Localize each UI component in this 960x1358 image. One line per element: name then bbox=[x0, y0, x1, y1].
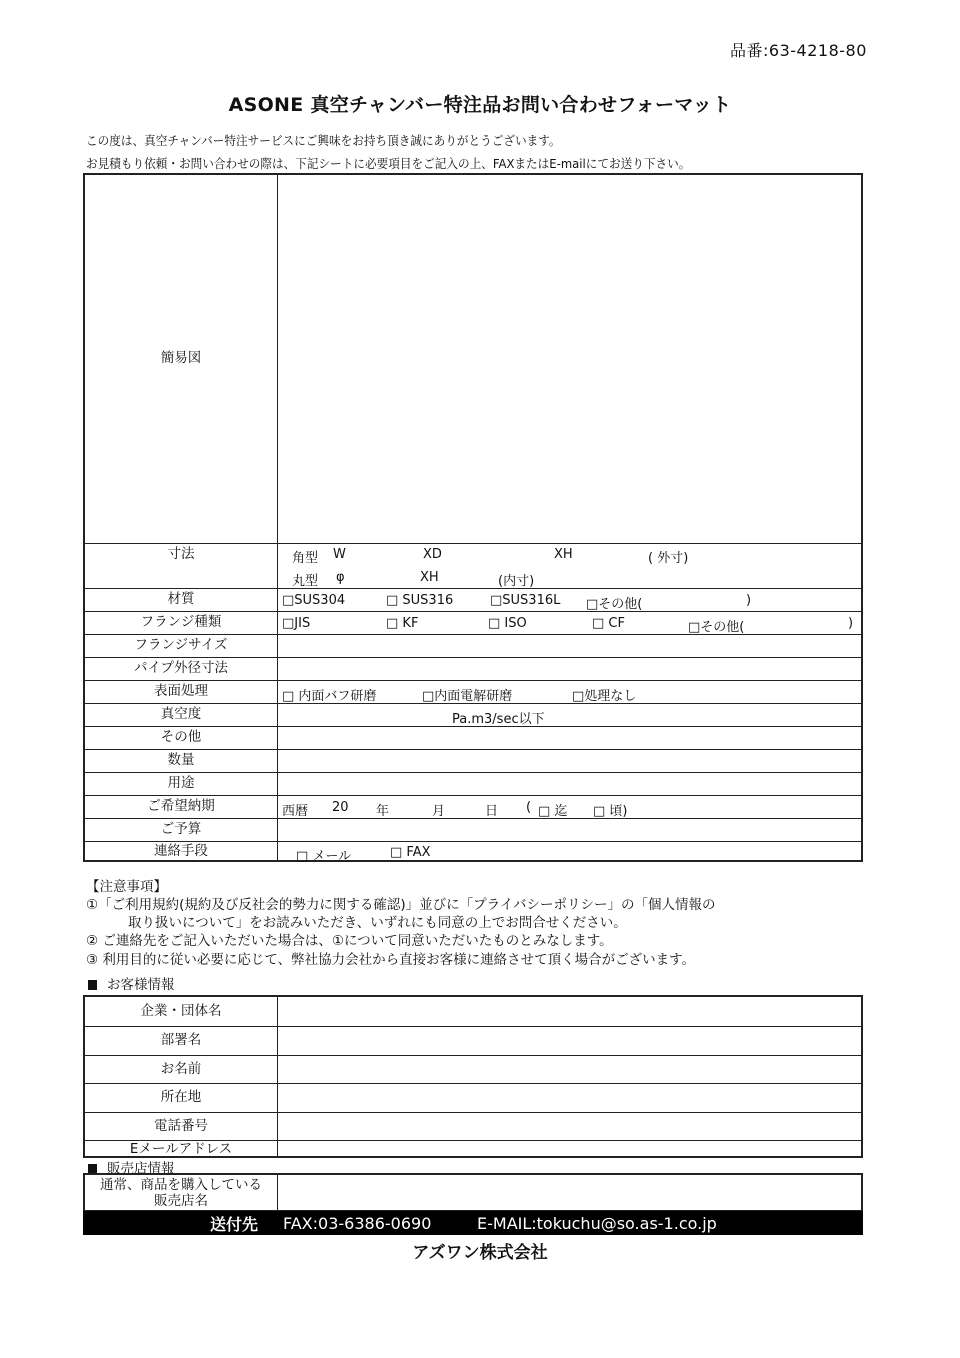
material-option-other[interactable]: □その他( bbox=[586, 593, 642, 612]
delivery-month: 月 bbox=[432, 800, 445, 819]
surface-option-electro[interactable]: □内面電解研磨 bbox=[422, 685, 512, 704]
dimensions-value[interactable]: 角型 W XD XH ( 外寸) 丸型 φ XH (内寸) bbox=[278, 544, 861, 589]
row-contact-method: 連絡手段 □ メール □ FAX bbox=[85, 841, 861, 862]
flange-option-iso[interactable]: □ ISO bbox=[488, 616, 527, 631]
surface-option-buff[interactable]: □ 内面バフ研磨 bbox=[282, 685, 376, 704]
customer-section-heading: お客様情報 bbox=[88, 973, 175, 993]
delivery-era: 西暦 bbox=[282, 800, 308, 819]
budget-field[interactable] bbox=[278, 819, 861, 841]
surface-value: □ 内面バフ研磨 □内面電解研磨 □処理なし bbox=[278, 681, 861, 703]
intro-text-1: この度は、真空チャンバー特注サービスにご興味をお持ち頂き誠にありがとうございます… bbox=[86, 131, 561, 149]
flange-option-jis[interactable]: □JIS bbox=[282, 616, 310, 631]
row-department: 部署名 bbox=[85, 1026, 861, 1055]
round-phi: φ bbox=[336, 570, 345, 585]
usage-field[interactable] bbox=[278, 773, 861, 795]
delivery-option-around[interactable]: □ 頃) bbox=[593, 800, 628, 819]
email-address[interactable]: E-MAIL:tokuchu@so.as-1.co.jp bbox=[477, 1214, 717, 1233]
flange-type-label: フランジ種類 bbox=[85, 612, 278, 634]
budget-label: ご予算 bbox=[85, 819, 278, 841]
row-budget: ご予算 bbox=[85, 818, 861, 841]
row-name: お名前 bbox=[85, 1055, 861, 1083]
row-vacuum: 真空度 Pa.m3/sec以下 bbox=[85, 703, 861, 726]
email-field[interactable] bbox=[278, 1141, 861, 1158]
vacuum-unit: Pa.m3/sec以下 bbox=[452, 708, 545, 727]
material-option-sus304[interactable]: □SUS304 bbox=[282, 593, 345, 608]
row-usage: 用途 bbox=[85, 772, 861, 795]
quantity-field[interactable] bbox=[278, 750, 861, 772]
dimensions-label: 寸法 bbox=[85, 544, 278, 589]
sketch-area[interactable] bbox=[278, 175, 861, 543]
row-company: 企業・団体名 bbox=[85, 997, 861, 1026]
name-label: お名前 bbox=[85, 1056, 278, 1083]
round-prefix: 丸型 bbox=[292, 570, 318, 589]
square-xd: XD bbox=[423, 547, 442, 562]
square-prefix: 角型 bbox=[292, 547, 318, 566]
note-item-1-cont: 取り扱いについて」をお読みいただき、いずれにも同意の上でお問合せください。 bbox=[128, 911, 627, 931]
vacuum-label: 真空度 bbox=[85, 704, 278, 726]
dealer-table: 通常、商品を購入している 販売店名 bbox=[83, 1173, 863, 1212]
material-label: 材質 bbox=[85, 589, 278, 611]
material-other-close: ) bbox=[746, 593, 751, 608]
spec-form-table: 簡易図 寸法 角型 W XD XH ( 外寸) 丸型 φ XH (内寸) 材質 … bbox=[83, 173, 863, 862]
phone-label: 電話番号 bbox=[85, 1113, 278, 1140]
delivery-year: 年 bbox=[376, 800, 389, 819]
row-dealer: 通常、商品を購入している 販売店名 bbox=[85, 1175, 861, 1212]
flange-option-kf[interactable]: □ KF bbox=[386, 616, 418, 631]
other-label: その他 bbox=[85, 727, 278, 749]
department-label: 部署名 bbox=[85, 1027, 278, 1055]
flange-other-close: ) bbox=[848, 616, 853, 631]
company-field[interactable] bbox=[278, 997, 861, 1026]
row-flange-size: フランジサイズ bbox=[85, 634, 861, 657]
sketch-label: 簡易図 bbox=[85, 175, 278, 543]
usage-label: 用途 bbox=[85, 773, 278, 795]
phone-field[interactable] bbox=[278, 1113, 861, 1140]
address-label: 所在地 bbox=[85, 1084, 278, 1112]
dealer-label: 通常、商品を購入している 販売店名 bbox=[85, 1175, 278, 1212]
other-field[interactable] bbox=[278, 727, 861, 749]
flange-size-label: フランジサイズ bbox=[85, 635, 278, 657]
row-dimensions: 寸法 角型 W XD XH ( 外寸) 丸型 φ XH (内寸) bbox=[85, 543, 861, 589]
note-item-3: ③ 利用目的に従い必要に応じて、弊社協力会社から直接お客様に連絡させて頂く場合が… bbox=[86, 948, 695, 968]
send-to-label: 送付先 bbox=[210, 1212, 258, 1235]
fax-number: FAX:03-6386-0690 bbox=[283, 1214, 431, 1233]
row-flange-type: フランジ種類 □JIS □ KF □ ISO □ CF □その他( ) bbox=[85, 611, 861, 634]
delivery-option-until[interactable]: □ 迄 bbox=[538, 800, 567, 819]
material-option-sus316l[interactable]: □SUS316L bbox=[490, 593, 560, 608]
email-label: Eメールアドレス bbox=[85, 1141, 278, 1158]
pipe-od-label: パイプ外径寸法 bbox=[85, 658, 278, 680]
row-material: 材質 □SUS304 □ SUS316 □SUS316L □その他( ) bbox=[85, 588, 861, 611]
pipe-od-field[interactable] bbox=[278, 658, 861, 680]
dealer-field[interactable] bbox=[278, 1175, 861, 1212]
surface-option-none[interactable]: □処理なし bbox=[572, 685, 636, 704]
row-address: 所在地 bbox=[85, 1083, 861, 1112]
flange-type-value: □JIS □ KF □ ISO □ CF □その他( ) bbox=[278, 612, 861, 634]
flange-option-other[interactable]: □その他( bbox=[688, 616, 744, 635]
note-item-1: ①「ご利用規約(規約及び反社会的勢力に関する確認)」並びに「プライバシーポリシー… bbox=[86, 893, 715, 913]
material-value: □SUS304 □ SUS316 □SUS316L □その他( ) bbox=[278, 589, 861, 611]
material-option-sus316[interactable]: □ SUS316 bbox=[386, 593, 453, 608]
company-label: 企業・団体名 bbox=[85, 997, 278, 1026]
send-to-band: 送付先 FAX:03-6386-0690 E-MAIL:tokuchu@so.a… bbox=[83, 1211, 863, 1235]
row-surface: 表面処理 □ 内面バフ研磨 □内面電解研磨 □処理なし bbox=[85, 680, 861, 703]
contact-option-fax[interactable]: □ FAX bbox=[390, 845, 431, 860]
row-pipe-od: パイプ外径寸法 bbox=[85, 657, 861, 680]
department-field[interactable] bbox=[278, 1027, 861, 1055]
quantity-label: 数量 bbox=[85, 750, 278, 772]
flange-option-cf[interactable]: □ CF bbox=[592, 616, 625, 631]
name-field[interactable] bbox=[278, 1056, 861, 1083]
address-field[interactable] bbox=[278, 1084, 861, 1112]
delivery-day: 日 bbox=[485, 800, 498, 819]
round-xh: XH bbox=[420, 570, 439, 585]
delivery-label: ご希望納期 bbox=[85, 796, 278, 818]
vacuum-field[interactable]: Pa.m3/sec以下 bbox=[278, 704, 861, 726]
flange-size-field[interactable] bbox=[278, 635, 861, 657]
notes-heading: 【注意事項】 bbox=[86, 875, 167, 895]
square-w: W bbox=[333, 547, 346, 562]
square-bullet-icon bbox=[88, 980, 97, 990]
row-phone: 電話番号 bbox=[85, 1112, 861, 1140]
customer-table: 企業・団体名 部署名 お名前 所在地 電話番号 Eメールアドレス bbox=[83, 995, 863, 1158]
contact-method-value: □ メール □ FAX bbox=[278, 842, 861, 862]
round-note: (内寸) bbox=[498, 570, 534, 589]
delivery-year-prefix[interactable]: 20 bbox=[332, 800, 349, 815]
surface-label: 表面処理 bbox=[85, 681, 278, 703]
delivery-value: 西暦 20 年 月 日 ( □ 迄 □ 頃) bbox=[278, 796, 861, 818]
row-quantity: 数量 bbox=[85, 749, 861, 772]
row-email: Eメールアドレス bbox=[85, 1140, 861, 1158]
company-name: アズワン株式会社 bbox=[0, 1238, 960, 1263]
contact-method-label: 連絡手段 bbox=[85, 842, 278, 862]
row-delivery: ご希望納期 西暦 20 年 月 日 ( □ 迄 □ 頃) bbox=[85, 795, 861, 818]
page-title: ASONE 真空チャンバー特注品お問い合わせフォーマット bbox=[0, 90, 960, 117]
square-xh: XH bbox=[554, 547, 573, 562]
contact-option-mail[interactable]: □ メール bbox=[296, 845, 351, 864]
intro-text-2: お見積もり依頼・お問い合わせの際は、下記シートに必要項目をご記入の上、FAXまた… bbox=[86, 154, 690, 172]
part-number: 品番:63-4218-80 bbox=[730, 38, 867, 61]
delivery-open-paren: ( bbox=[526, 800, 531, 815]
square-note: ( 外寸) bbox=[648, 547, 688, 566]
note-item-2: ② ご連絡先をご記入いただいた場合は、①について同意いただいたものとみなします。 bbox=[86, 929, 613, 949]
row-sketch: 簡易図 bbox=[85, 175, 861, 543]
row-other: その他 bbox=[85, 726, 861, 749]
